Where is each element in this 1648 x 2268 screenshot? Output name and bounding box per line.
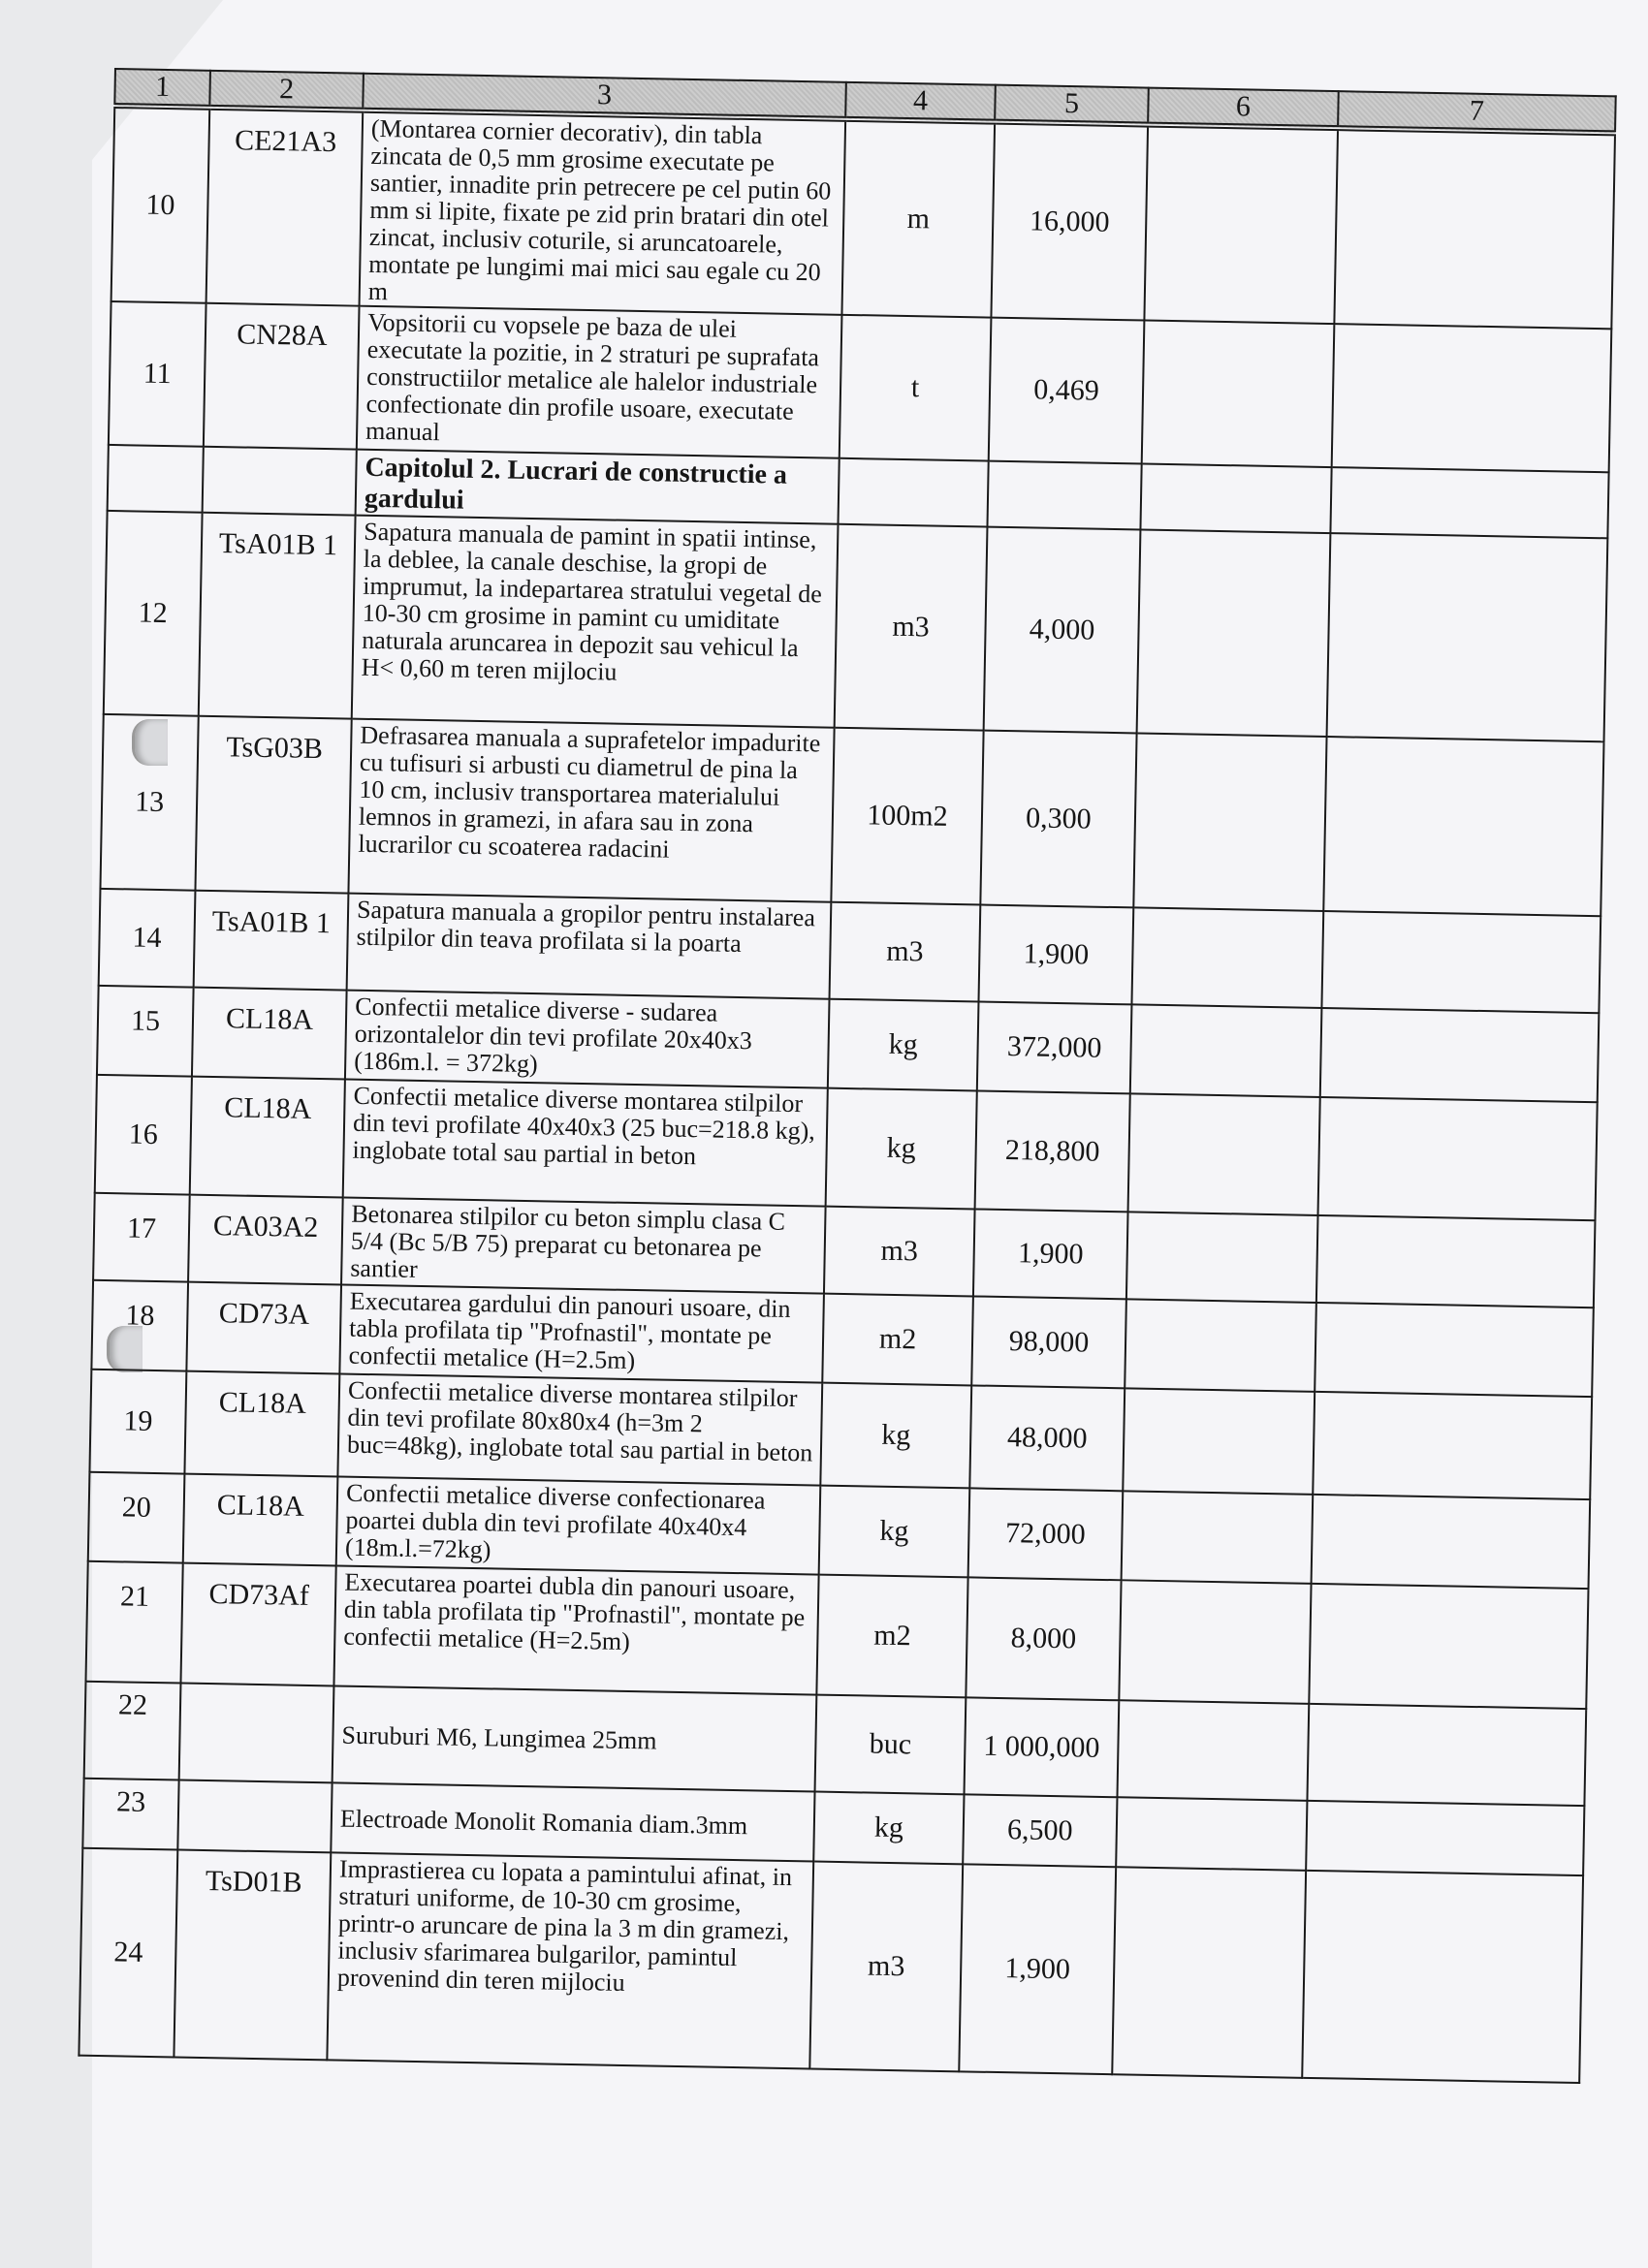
column-7-cell [1332,324,1612,472]
unit-of-measure [838,458,988,527]
column-6-cell [1140,463,1331,533]
estimate-table: 1 2 3 4 5 6 7 10 CE21A3 (Montarea cornie… [78,68,1616,2084]
row-number: 18 [91,1280,188,1371]
column-header-4: 4 [845,82,996,122]
work-description: Suruburi M6, Lungimea 25mm [333,1685,817,1791]
row-number: 17 [93,1193,190,1282]
unit-of-measure: m3 [824,1207,975,1297]
work-description: (Montarea cornier decorativ), din tabla … [360,110,846,315]
norm-code: CL18A [184,1371,339,1477]
work-description: Electroade Monolit Romania diam.3mm [331,1782,814,1861]
norm-code: CA03A2 [188,1195,343,1285]
unit-of-measure: kg [813,1792,964,1865]
unit-of-measure: kg [819,1486,970,1578]
column-7-cell [1327,533,1608,741]
unit-of-measure: m [841,119,995,318]
quantity: 1 000,000 [965,1697,1120,1797]
table-row: 12 TsA01B 1 Sapatura manuala de pamint i… [104,511,1608,741]
column-header-1: 1 [114,69,210,108]
row-number: 22 [84,1682,181,1780]
column-6-cell [1119,1580,1311,1704]
quantity: 48,000 [969,1385,1125,1491]
quantity: 4,000 [984,527,1141,734]
unit-of-measure: t [840,315,992,461]
column-7-cell [1307,1704,1586,1806]
column-6-cell [1126,1212,1318,1303]
norm-code: CL18A [192,988,347,1080]
row-number [108,445,204,513]
norm-code: CN28A [204,303,360,450]
norm-code: CD73Af [180,1563,335,1686]
column-7-cell [1323,737,1603,916]
column-6-cell [1123,1388,1315,1495]
row-number: 15 [97,986,194,1077]
table-row: 24 TsD01B Imprastierea cu lopata a pamin… [79,1848,1583,2083]
norm-code [177,1780,332,1853]
quantity [987,461,1141,530]
quantity: 6,500 [963,1794,1117,1867]
column-7-cell [1315,1303,1594,1397]
quantity: 1,900 [973,1209,1128,1299]
column-7-cell [1316,1215,1596,1307]
table-row: 10 CE21A3 (Montarea cornier decorativ), … [111,106,1615,329]
column-header-7: 7 [1338,91,1616,133]
estimate-table-container: 1 2 3 4 5 6 7 10 CE21A3 (Montarea cornie… [78,68,1614,2084]
row-number: 11 [109,301,206,447]
column-header-5: 5 [995,85,1149,125]
work-description: Imprastierea cu lopata a pamintului afin… [327,1852,813,2068]
column-6-cell [1144,125,1338,325]
chapter-title: Capitolul 2. Lucrari de constructie a ga… [356,450,840,524]
quantity: 0,469 [989,318,1145,464]
norm-code: CE21A3 [206,108,364,306]
work-description: Sapatura manuala a gropilor pentru insta… [347,894,832,999]
column-6-cell [1112,1867,1306,2078]
column-6-cell [1130,1004,1322,1097]
work-description: Executarea gardului din panouri usoare, … [339,1284,824,1382]
work-description: Betonarea stilpilor cu beton simplu clas… [341,1198,826,1294]
quantity: 98,000 [971,1296,1126,1388]
column-6-cell [1128,1093,1320,1215]
column-7-cell [1312,1495,1591,1589]
column-7-cell [1306,1801,1584,1875]
norm-code: TsG03B [195,716,351,894]
row-number: 21 [85,1561,182,1684]
unit-of-measure: buc [815,1695,967,1795]
unit-of-measure: kg [826,1088,977,1210]
norm-code [179,1684,334,1783]
column-6-cell [1125,1299,1316,1392]
work-description: Executarea poartei dubla din panouri uso… [333,1565,818,1694]
row-number: 12 [104,511,203,716]
quantity: 8,000 [966,1577,1121,1700]
work-description: Confectii metalice diverse montarea stil… [343,1080,828,1207]
row-number: 23 [82,1779,178,1850]
column-7-cell [1334,128,1615,329]
table-row: 11 CN28A Vopsitorii cu vopsele pe baza d… [109,301,1611,472]
norm-code: TsA01B 1 [199,513,356,719]
row-number: 14 [99,889,196,988]
work-description: Confectii metalice diverse montarea stil… [337,1373,822,1485]
work-description: Defrasarea manuala a suprafetelor impadu… [348,719,834,902]
norm-code: TsA01B 1 [194,891,349,991]
norm-code: CD73A [186,1282,341,1374]
work-description: Confectii metalice diverse confectionare… [336,1476,821,1574]
unit-of-measure: m3 [835,524,988,731]
column-6-cell [1133,733,1326,911]
column-6-cell [1137,529,1331,737]
row-number: 24 [79,1848,177,2058]
row-number: 16 [95,1075,192,1195]
quantity: 1,900 [978,905,1133,1005]
column-7-cell [1309,1584,1588,1709]
row-number: 19 [89,1370,186,1474]
column-7-cell [1318,1097,1598,1220]
quantity: 0,300 [980,731,1136,908]
quantity: 16,000 [991,122,1148,321]
unit-of-measure: 100m2 [831,728,983,905]
work-description: Vopsitorii cu vopsele pe baza de ulei ex… [357,306,842,458]
table-row: 13 TsG03B Defrasarea manuala a suprafete… [100,714,1603,916]
column-6-cell [1116,1797,1307,1871]
column-header-2: 2 [209,71,364,110]
unit-of-measure: m3 [830,902,981,1002]
work-description: Sapatura manuala de pamint in spatii int… [352,516,839,728]
norm-code [203,447,357,516]
column-header-6: 6 [1148,88,1339,129]
unit-of-measure: kg [820,1383,971,1489]
column-7-cell [1302,1871,1583,2083]
unit-of-measure: m2 [822,1294,973,1386]
column-6-cell [1142,321,1335,468]
work-description: Confectii metalice diverse - sudarea ori… [345,991,830,1088]
column-7-cell [1320,1008,1600,1102]
norm-code: CL18A [183,1474,338,1566]
row-number: 10 [111,106,210,303]
column-6-cell [1117,1700,1309,1801]
row-number: 20 [88,1472,185,1563]
column-7-cell [1330,467,1608,538]
norm-code: CL18A [190,1077,345,1198]
unit-of-measure: m2 [816,1575,967,1698]
unit-of-measure: kg [828,999,979,1091]
row-number: 13 [100,714,198,891]
quantity: 218,800 [975,1090,1130,1212]
column-6-cell [1131,907,1323,1008]
column-6-cell [1122,1491,1314,1584]
column-7-cell [1313,1392,1592,1499]
norm-code: TsD01B [174,1850,331,2061]
quantity: 1,900 [959,1864,1116,2074]
column-7-cell [1321,911,1600,1013]
quantity: 372,000 [977,1001,1132,1093]
quantity: 72,000 [968,1488,1124,1580]
unit-of-measure: m3 [809,1862,963,2072]
